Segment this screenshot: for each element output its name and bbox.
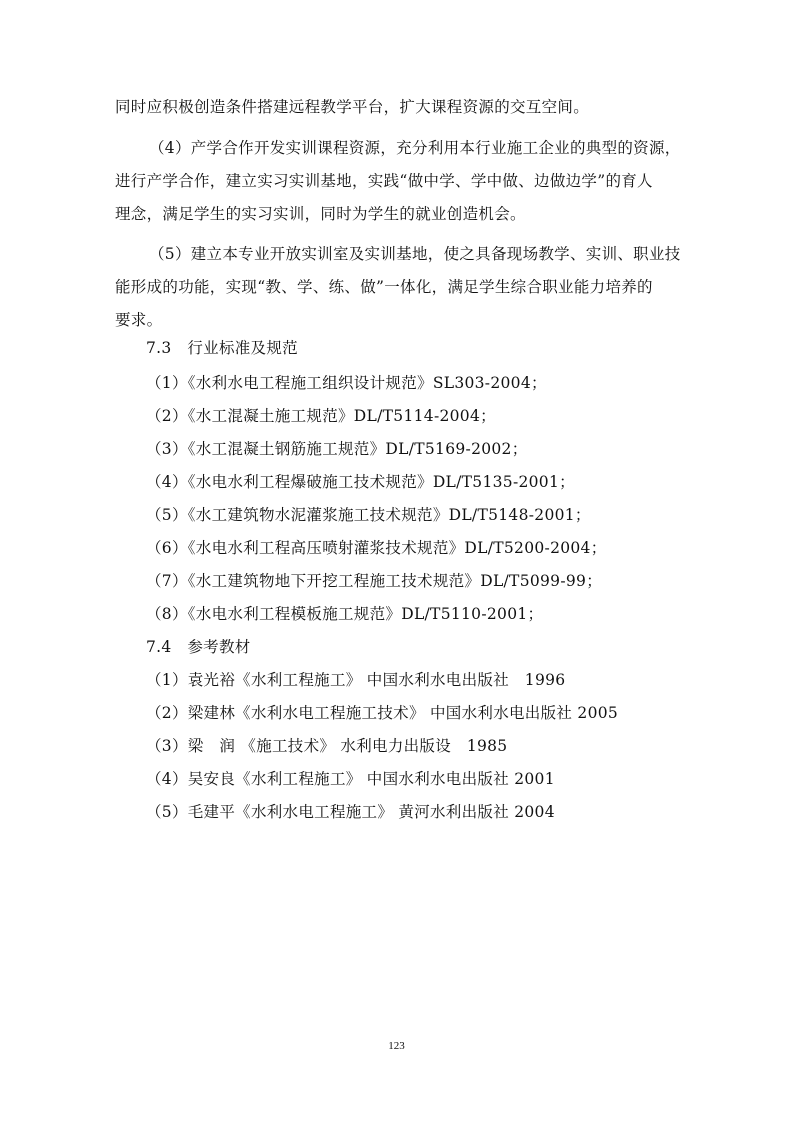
reference-item: （3）梁 润 《施工技术》 水利电力出版设 1985 <box>146 736 507 756</box>
standard-item: （3）《水工混凝土钢筋施工规范》DL/T5169-2002； <box>146 439 528 459</box>
paragraph-line: 能形成的功能，实现“教、学、练、做”一体化，满足学生综合职业能力培养的 <box>115 277 653 297</box>
paragraph-line: （4）产学合作开发实训课程资源，充分利用本行业施工企业的典型的资源， <box>149 138 681 158</box>
paragraph-line: 理念，满足学生的实习实训，同时为学生的就业创造机会。 <box>115 204 526 224</box>
standard-item: （2）《水工混凝土施工规范》DL/T5114-2004； <box>146 406 496 426</box>
paragraph-line: 进行产学合作，建立实习实训基地，实践“做中学、学中做、边做边学”的育人 <box>115 171 653 191</box>
section-heading-7-4: 7.4 参考教材 <box>146 637 251 657</box>
standard-item: （6）《水电水利工程高压喷射灌浆技术规范》DL/T5200-2004； <box>146 538 607 558</box>
standard-item: （7）《水工建筑物地下开挖工程施工技术规范》DL/T5099-99； <box>146 571 602 591</box>
standard-item: （4）《水电水利工程爆破施工技术规范》DL/T5135-2001； <box>146 472 575 492</box>
reference-item: （1）袁光裕《水利工程施工》 中国水利水电出版社 1996 <box>146 670 565 690</box>
paragraph-line: 要求。 <box>115 310 162 330</box>
paragraph-line: （5）建立本专业开放实训室及实训基地，使之具备现场教学、实训、职业技 <box>149 244 681 264</box>
standard-item: （8）《水电水利工程模板施工规范》DL/T5110-2001； <box>146 604 543 624</box>
reference-item: （4）吴安良《水利工程施工》 中国水利水电出版社 2001 <box>146 769 555 789</box>
standard-item: （5）《水工建筑物水泥灌浆施工技术规范》DL/T5148-2001； <box>146 505 591 525</box>
section-heading-7-3: 7.3 行业标准及规范 <box>146 338 298 358</box>
page-number: 123 <box>0 1040 793 1052</box>
paragraph-line: 同时应积极创造条件搭建远程教学平台，扩大课程资源的交互空间。 <box>115 97 589 117</box>
reference-item: （2）梁建林《水利水电工程施工技术》 中国水利水电出版社 2005 <box>146 703 618 723</box>
standard-item: （1）《水利水电工程施工组织设计规范》SL303-2004； <box>146 373 547 393</box>
reference-item: （5）毛建平《水利水电工程施工》 黄河水利出版社 2004 <box>146 802 555 822</box>
